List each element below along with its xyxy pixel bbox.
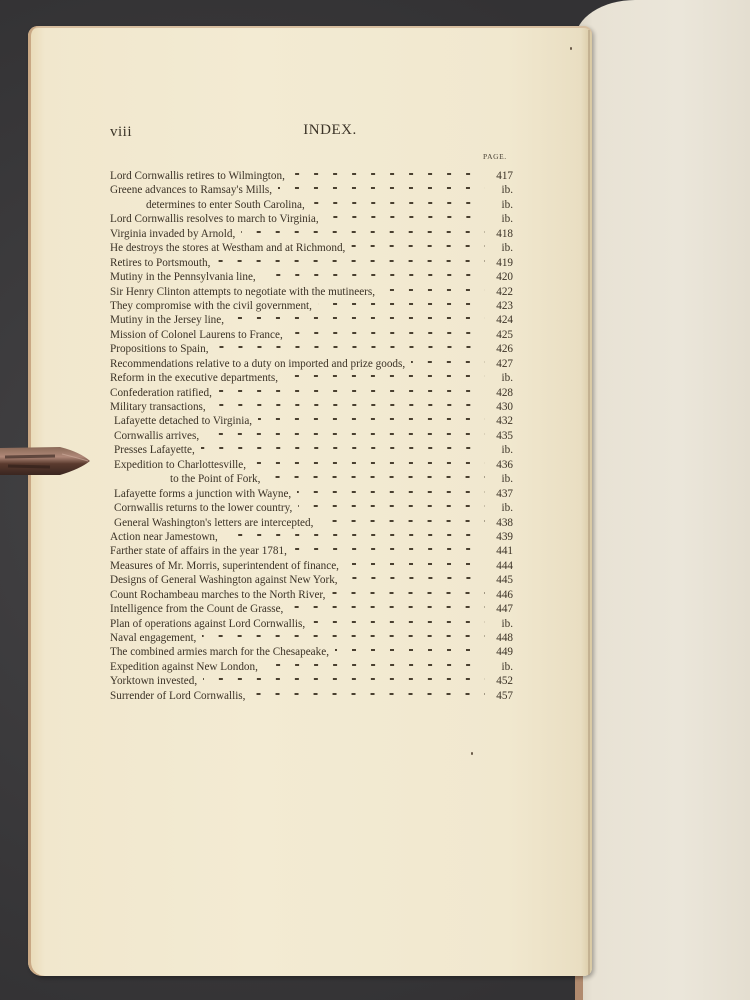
index-entry: Expedition against New London,ib. xyxy=(110,656,513,670)
paper-speck xyxy=(471,752,473,755)
index-entry: Mission of Colonel Laurens to France,425 xyxy=(110,324,513,338)
index-entry: Military transactions,430 xyxy=(110,396,513,410)
dash-leader xyxy=(264,656,485,670)
dash-leader xyxy=(258,410,485,424)
dash-leader xyxy=(252,454,485,468)
dash-leader xyxy=(411,353,485,367)
index-entry: Yorktown invested,452 xyxy=(110,670,513,684)
pen-pointer-icon xyxy=(0,444,92,478)
dash-leader xyxy=(298,497,485,511)
dash-leader xyxy=(251,685,485,699)
index-entry: determines to enter South Carolina,ib. xyxy=(110,194,513,208)
dash-leader xyxy=(218,382,485,396)
index-entry: to the Point of Fork,ib. xyxy=(110,468,513,482)
index-entry-page: 457 xyxy=(491,689,513,703)
page-gutter-line xyxy=(588,30,590,975)
dash-leader xyxy=(291,165,485,179)
index-entry: Sir Henry Clinton attempts to negotiate … xyxy=(110,281,513,295)
index-entry: The combined armies march for the Chesap… xyxy=(110,641,513,655)
dash-leader xyxy=(381,281,485,295)
index-entry-text: Surrender of Lord Cornwallis, xyxy=(110,689,245,703)
index-entry: Cornwallis returns to the lower country,… xyxy=(110,497,513,511)
index-entry: Reform in the executive departments,ib. xyxy=(110,367,513,381)
index-entry: Lord Cornwallis retires to Wilmington,41… xyxy=(110,165,513,179)
dash-leader xyxy=(205,425,485,439)
dash-leader xyxy=(284,367,485,381)
dash-leader xyxy=(266,468,485,482)
dash-leader xyxy=(203,670,485,684)
dash-leader xyxy=(344,569,485,583)
dash-leader xyxy=(289,324,485,338)
index-entry: Lafayette forms a junction with Wayne,43… xyxy=(110,483,513,497)
dash-leader xyxy=(230,309,485,323)
dash-leader xyxy=(318,295,485,309)
dash-leader xyxy=(319,512,485,526)
index-entry: Mutiny in the Pennsylvania line,420 xyxy=(110,266,513,280)
dash-leader xyxy=(278,179,485,193)
dash-leader xyxy=(331,584,485,598)
dash-leader xyxy=(202,627,485,641)
index-entry: He destroys the stores at Westham and at… xyxy=(110,237,513,251)
index-entry: Expedition to Charlottesville,436 xyxy=(110,454,513,468)
index-entry-list: Lord Cornwallis retires to Wilmington,41… xyxy=(110,165,513,699)
index-entry: Designs of General Washington against Ne… xyxy=(110,569,513,583)
index-entry: Action near Jamestown,439 xyxy=(110,526,513,540)
index-entry: Virginia invaded by Arnold,418 xyxy=(110,223,513,237)
index-entry: Confederation ratified,428 xyxy=(110,382,513,396)
dash-leader xyxy=(216,252,485,266)
index-entry: Mutiny in the Jersey line,424 xyxy=(110,309,513,323)
index-entry: Recommendations relative to a duty on im… xyxy=(110,353,513,367)
index-entry: Cornwallis arrives,435 xyxy=(110,425,513,439)
dash-leader xyxy=(335,641,485,655)
index-entry: Naval engagement,448 xyxy=(110,627,513,641)
dash-leader xyxy=(293,540,485,554)
dash-leader xyxy=(212,396,485,410)
dash-leader xyxy=(297,483,485,497)
dash-leader xyxy=(311,194,485,208)
index-entry: Retires to Portsmouth,419 xyxy=(110,252,513,266)
index-entry: General Washington's letters are interce… xyxy=(110,512,513,526)
dash-leader xyxy=(311,613,485,627)
facing-page-right xyxy=(575,0,750,1000)
page-column-header: PAGE. xyxy=(483,152,507,161)
index-entry: Greene advances to Ramsay's Mills,ib. xyxy=(110,179,513,193)
index-entry: Surrender of Lord Cornwallis,457 xyxy=(110,685,513,699)
dash-leader xyxy=(325,208,485,222)
dash-leader xyxy=(201,439,485,453)
dash-leader xyxy=(262,266,485,280)
index-entry: They compromise with the civil governmen… xyxy=(110,295,513,309)
dash-leader xyxy=(289,598,485,612)
page-title: INDEX. xyxy=(250,122,410,139)
index-entry: Farther state of affairs in the year 178… xyxy=(110,540,513,554)
page-folio-number: viii xyxy=(110,124,132,141)
index-entry: Lafayette detached to Virginia,432 xyxy=(110,410,513,424)
index-entry: Intelligence from the Count de Grasse,44… xyxy=(110,598,513,612)
dash-leader xyxy=(345,555,485,569)
index-entry: Propositions to Spain,426 xyxy=(110,338,513,352)
index-entry: Lord Cornwallis resolves to march to Vir… xyxy=(110,208,513,222)
index-entry: Presses Lafayette,ib. xyxy=(110,439,513,453)
dash-leader xyxy=(351,237,485,251)
dash-leader xyxy=(241,223,485,237)
index-entry: Plan of operations against Lord Cornwall… xyxy=(110,613,513,627)
dash-leader xyxy=(215,338,485,352)
index-entry: Count Rochambeau marches to the North Ri… xyxy=(110,584,513,598)
paper-speck xyxy=(570,47,572,50)
dash-leader xyxy=(224,526,485,540)
index-entry: Measures of Mr. Morris, superintendent o… xyxy=(110,555,513,569)
